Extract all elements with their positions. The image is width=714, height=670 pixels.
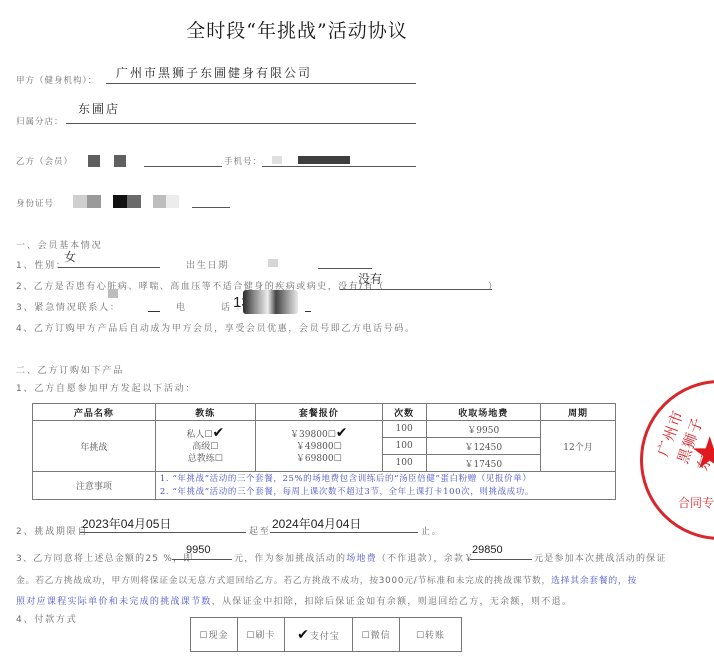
period-suffix: 止。	[421, 524, 443, 537]
checkbox-icon: ☐	[416, 631, 425, 641]
checkbox-icon: ☐	[328, 430, 336, 440]
gender-value: 女	[64, 248, 76, 265]
checkbox-icon: ☐	[334, 454, 342, 464]
section1-heading: 一、会员基本情况	[16, 238, 102, 251]
coach-option-head[interactable]: 总教练☐	[156, 453, 255, 465]
section2-heading: 二、乙方订购如下产品	[16, 363, 124, 376]
payment-option-wechat[interactable]: ☐微信	[353, 618, 400, 652]
check-mark-icon: ✔	[212, 425, 224, 441]
fee-mid1: 元，作为参加挑战活动的	[234, 554, 346, 564]
branch-value: 东圃店	[78, 100, 120, 117]
price-options-cell: ￥39800☐✔ ￥49800☐ ￥69800☐	[255, 421, 382, 472]
period-start-field[interactable]: 2023年04月05日	[80, 515, 246, 533]
header-coach: 教练	[155, 404, 255, 421]
party-a-label: 甲方（健身机构）：	[16, 74, 97, 86]
party-b-name-line	[144, 166, 222, 167]
payment-method-table: ☐现金 ☐刷卡 ✔支付宝 ☐微信 ☐转账	[190, 617, 462, 652]
table-row: 年挑战 私人☐✔ 高级☐ 总教练☐ ￥39800☐✔ ￥49800☐ ￥6980…	[33, 421, 616, 438]
fee-line3: 照对应课程实际单价和未完成的挑战课节数，从保证金中扣除，扣除后保证金如有余额，则…	[16, 594, 572, 607]
venue-fee-cell: ￥9950	[426, 421, 541, 438]
disease-field[interactable]: 没有	[340, 274, 492, 290]
birth-field[interactable]	[318, 268, 372, 269]
redacted-name-1	[88, 155, 100, 167]
checkbox-icon: ☐	[361, 631, 370, 641]
emergency-phone-line	[305, 311, 311, 312]
payment-option-cash[interactable]: ☐现金	[191, 618, 238, 652]
redacted-phone-1	[272, 156, 282, 164]
price-option-39800[interactable]: ￥39800☐✔	[256, 427, 382, 441]
period-end-value: 2024年04月04日	[272, 515, 361, 532]
gender-field[interactable]: 女	[58, 252, 160, 268]
coach-option-senior[interactable]: 高级☐	[156, 441, 255, 453]
remainder-value: 29850	[472, 544, 503, 556]
product-table: 产品名称 教练 套餐报价 次数 收取场地费 周期 年挑战 私人☐✔ 高级☐ 总教…	[32, 403, 616, 500]
period-middle: 起至	[249, 524, 271, 537]
fee-prefix: 3、乙方同意将上述总金额的25 %，即	[16, 551, 193, 564]
notes-cell: 1. “年挑战”活动的三个套餐，25%的场地费包含训练后的“汤臣倍健”蛋白粉赠（…	[155, 472, 615, 500]
period-cell: 12个月	[541, 421, 616, 472]
fee-mid3: 元是参加本次挑战活动的保证	[534, 551, 667, 564]
sessions-cell: 100	[382, 421, 426, 438]
checkbox-icon: ☐	[334, 442, 342, 452]
phone-field[interactable]	[262, 166, 416, 167]
coach-option-private[interactable]: 私人☐✔	[156, 427, 255, 441]
redacted-birth	[268, 259, 278, 267]
price-option-69800[interactable]: ￥69800☐	[256, 453, 382, 465]
disease-label: 2、乙方是否患有心脏病、哮喘、高血压等不适合健身的疾病或病史，没有/有（	[16, 279, 385, 292]
venue-fee-cell: ￥17450	[426, 455, 541, 472]
branch-field[interactable]: 东圃店	[66, 106, 416, 124]
phone-label: 手机号：	[224, 155, 262, 167]
price-option-49800[interactable]: ￥49800☐	[256, 441, 382, 453]
redacted-id-1	[73, 195, 101, 208]
sessions-cell: 100	[382, 438, 426, 455]
venue-fee-value: 9950	[186, 544, 210, 556]
product-table-header: 产品名称 教练 套餐报价 次数 收取场地费 周期	[33, 404, 616, 421]
header-period: 周期	[541, 404, 616, 421]
check-mark-icon: ✔	[297, 627, 310, 643]
member-note: 4、乙方订购甲方产品后自动成为甲方会员，享受会员优惠，会员号即乙方电话号码。	[16, 321, 416, 334]
period-prefix: 2、挑战期限自	[16, 524, 88, 537]
coach-options-cell: 私人☐✔ 高级☐ 总教练☐	[155, 421, 255, 472]
payment-option-transfer[interactable]: ☐转账	[400, 618, 462, 652]
party-b-label: 乙方（会员）	[16, 155, 73, 167]
payment-option-card[interactable]: ☐刷卡	[237, 618, 284, 652]
branch-label: 归属分店：	[16, 115, 64, 127]
party-a-value: 广州市黑狮子东圃健身有限公司	[116, 64, 312, 81]
fee-mid1-group: 元，作为参加挑战活动的场地费（不作退款），余款￥	[234, 551, 474, 564]
id-card-line	[192, 207, 230, 208]
payment-heading: 4、付款方式	[16, 612, 78, 625]
header-product-name: 产品名称	[33, 404, 156, 421]
emergency-contact-label: 3、紧急情况联系人：	[16, 300, 121, 313]
venue-fee-field[interactable]: 9950	[172, 544, 232, 560]
redacted-emergency-phone	[243, 290, 298, 314]
note-1: 1. “年挑战”活动的三个套餐，25%的场地费包含训练后的“汤臣倍健”蛋白粉赠（…	[160, 473, 615, 486]
disease-value: 没有	[358, 270, 382, 287]
section2-item1: 1、乙方自愿参加甲方发起以下活动：	[16, 381, 196, 394]
document-title: 全时段“年挑战”活动协议	[0, 16, 594, 43]
header-package-price: 套餐报价	[255, 404, 382, 421]
sessions-cell: 100	[382, 455, 426, 472]
checkbox-icon: ☐	[210, 442, 218, 452]
redacted-id-2	[113, 195, 141, 208]
note-2: 2. “年挑战”活动的三个套餐，每周上课次数不超过3节，全年上课打卡100次，则…	[160, 486, 615, 499]
notes-row: 注意事项 1. “年挑战”活动的三个套餐，25%的场地费包含训练后的“汤臣倍健”…	[33, 472, 616, 500]
seal-bottom-text: 合同专	[678, 494, 714, 511]
header-venue-fee: 收取场地费	[426, 404, 541, 421]
period-end-field[interactable]: 2024年04月04日	[270, 515, 418, 533]
fee-line2: 金。若乙方挑战成功，甲方则将保证金以无息方式退回给乙方。若乙方挑战不成功，按30…	[16, 573, 637, 586]
seal-star-icon: ★	[690, 432, 714, 476]
redacted-name-2	[114, 155, 126, 167]
checkbox-icon: ☐	[215, 454, 223, 464]
fee-mid2: （不作退款），余款￥	[377, 554, 475, 564]
notes-label: 注意事项	[33, 472, 156, 500]
party-a-field[interactable]: 广州市黑狮子东圃健身有限公司	[106, 66, 416, 84]
remainder-field[interactable]: 29850	[470, 544, 532, 560]
birth-label: 出生日期	[186, 258, 229, 271]
header-sessions: 次数	[382, 404, 426, 421]
payment-option-alipay[interactable]: ✔支付宝	[284, 618, 352, 652]
period-start-value: 2023年04月05日	[82, 515, 171, 532]
redacted-id-3	[153, 195, 179, 208]
fee-venue-term: 场地费	[346, 554, 377, 564]
disease-close: ）	[488, 279, 499, 292]
id-card-label: 身份证号	[16, 197, 54, 209]
check-mark-icon: ✔	[336, 425, 348, 441]
product-name-cell: 年挑战	[33, 421, 156, 472]
redacted-phone-2	[298, 156, 350, 164]
venue-fee-cell: ￥12450	[426, 438, 541, 455]
redacted-contact	[108, 289, 118, 298]
contact-field[interactable]	[148, 311, 160, 312]
